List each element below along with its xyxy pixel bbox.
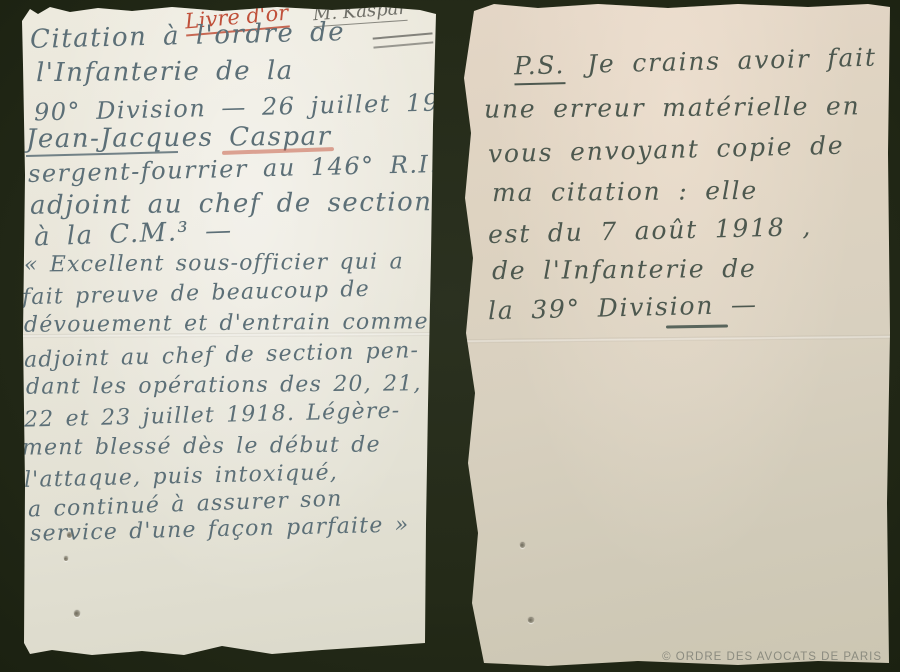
pinhole-mark	[64, 557, 68, 561]
pinhole-mark	[74, 611, 80, 617]
handwritten-line: une erreur matérielle en	[484, 93, 861, 121]
left-manuscript-page: Livre d'or M. Kaspar Citation à l'ordre …	[22, 5, 438, 659]
handwritten-line: ment blessé dès le début de	[22, 434, 381, 459]
handwritten-line: sergent-fourrier au 146° R.I.	[28, 152, 439, 186]
pencil-strikethrough	[373, 32, 434, 48]
handwritten-line: vous envoyant copie de	[488, 133, 845, 167]
handwritten-line: ma citation : elle	[492, 178, 758, 205]
handwritten-line: adjoint au chef de section pen-	[24, 340, 420, 372]
pinhole-mark	[520, 543, 525, 548]
handwritten-text: Je crains avoir fait	[587, 43, 877, 79]
fold-crease	[458, 335, 892, 344]
handwritten-line: dant les opérations des 20, 21,	[26, 373, 422, 398]
handwritten-line: est du 7 août 1918 ,	[488, 214, 813, 247]
handwritten-line: « Excellent sous-officier qui a	[24, 251, 404, 276]
handwritten-dash	[666, 324, 728, 328]
handwritten-line: l'Infanterie de la	[36, 58, 294, 86]
handwritten-line: Citation à l'ordre de	[30, 19, 346, 53]
handwritten-line: P.S.Je crains avoir fait	[514, 45, 877, 79]
handwritten-line: adjoint au chef de section	[30, 189, 433, 219]
ps-label: P.S.	[514, 50, 566, 85]
right-manuscript-page: P.S.Je crains avoir fait une erreur maté…	[458, 3, 892, 669]
handwritten-line: fait preuve de beaucoup de	[22, 279, 370, 309]
archive-photo-background: Livre d'or M. Kaspar Citation à l'ordre …	[0, 0, 900, 672]
handwritten-line: la 39° Division —	[488, 292, 758, 324]
handwritten-line: à la C.M.³ —	[34, 218, 233, 251]
pinhole-mark	[67, 533, 72, 538]
copyright-watermark: © ORDRE DES AVOCATS DE PARIS	[662, 651, 882, 663]
handwritten-line: 90° Division — 26 juillet 1918	[34, 90, 474, 125]
handwritten-line: dévouement et d'entrain comme	[24, 311, 429, 337]
pinhole-mark	[528, 618, 534, 623]
handwritten-line: 22 et 23 juillet 1918. Légère-	[24, 400, 401, 431]
handwritten-line: de l'Infanterie de	[492, 256, 757, 283]
